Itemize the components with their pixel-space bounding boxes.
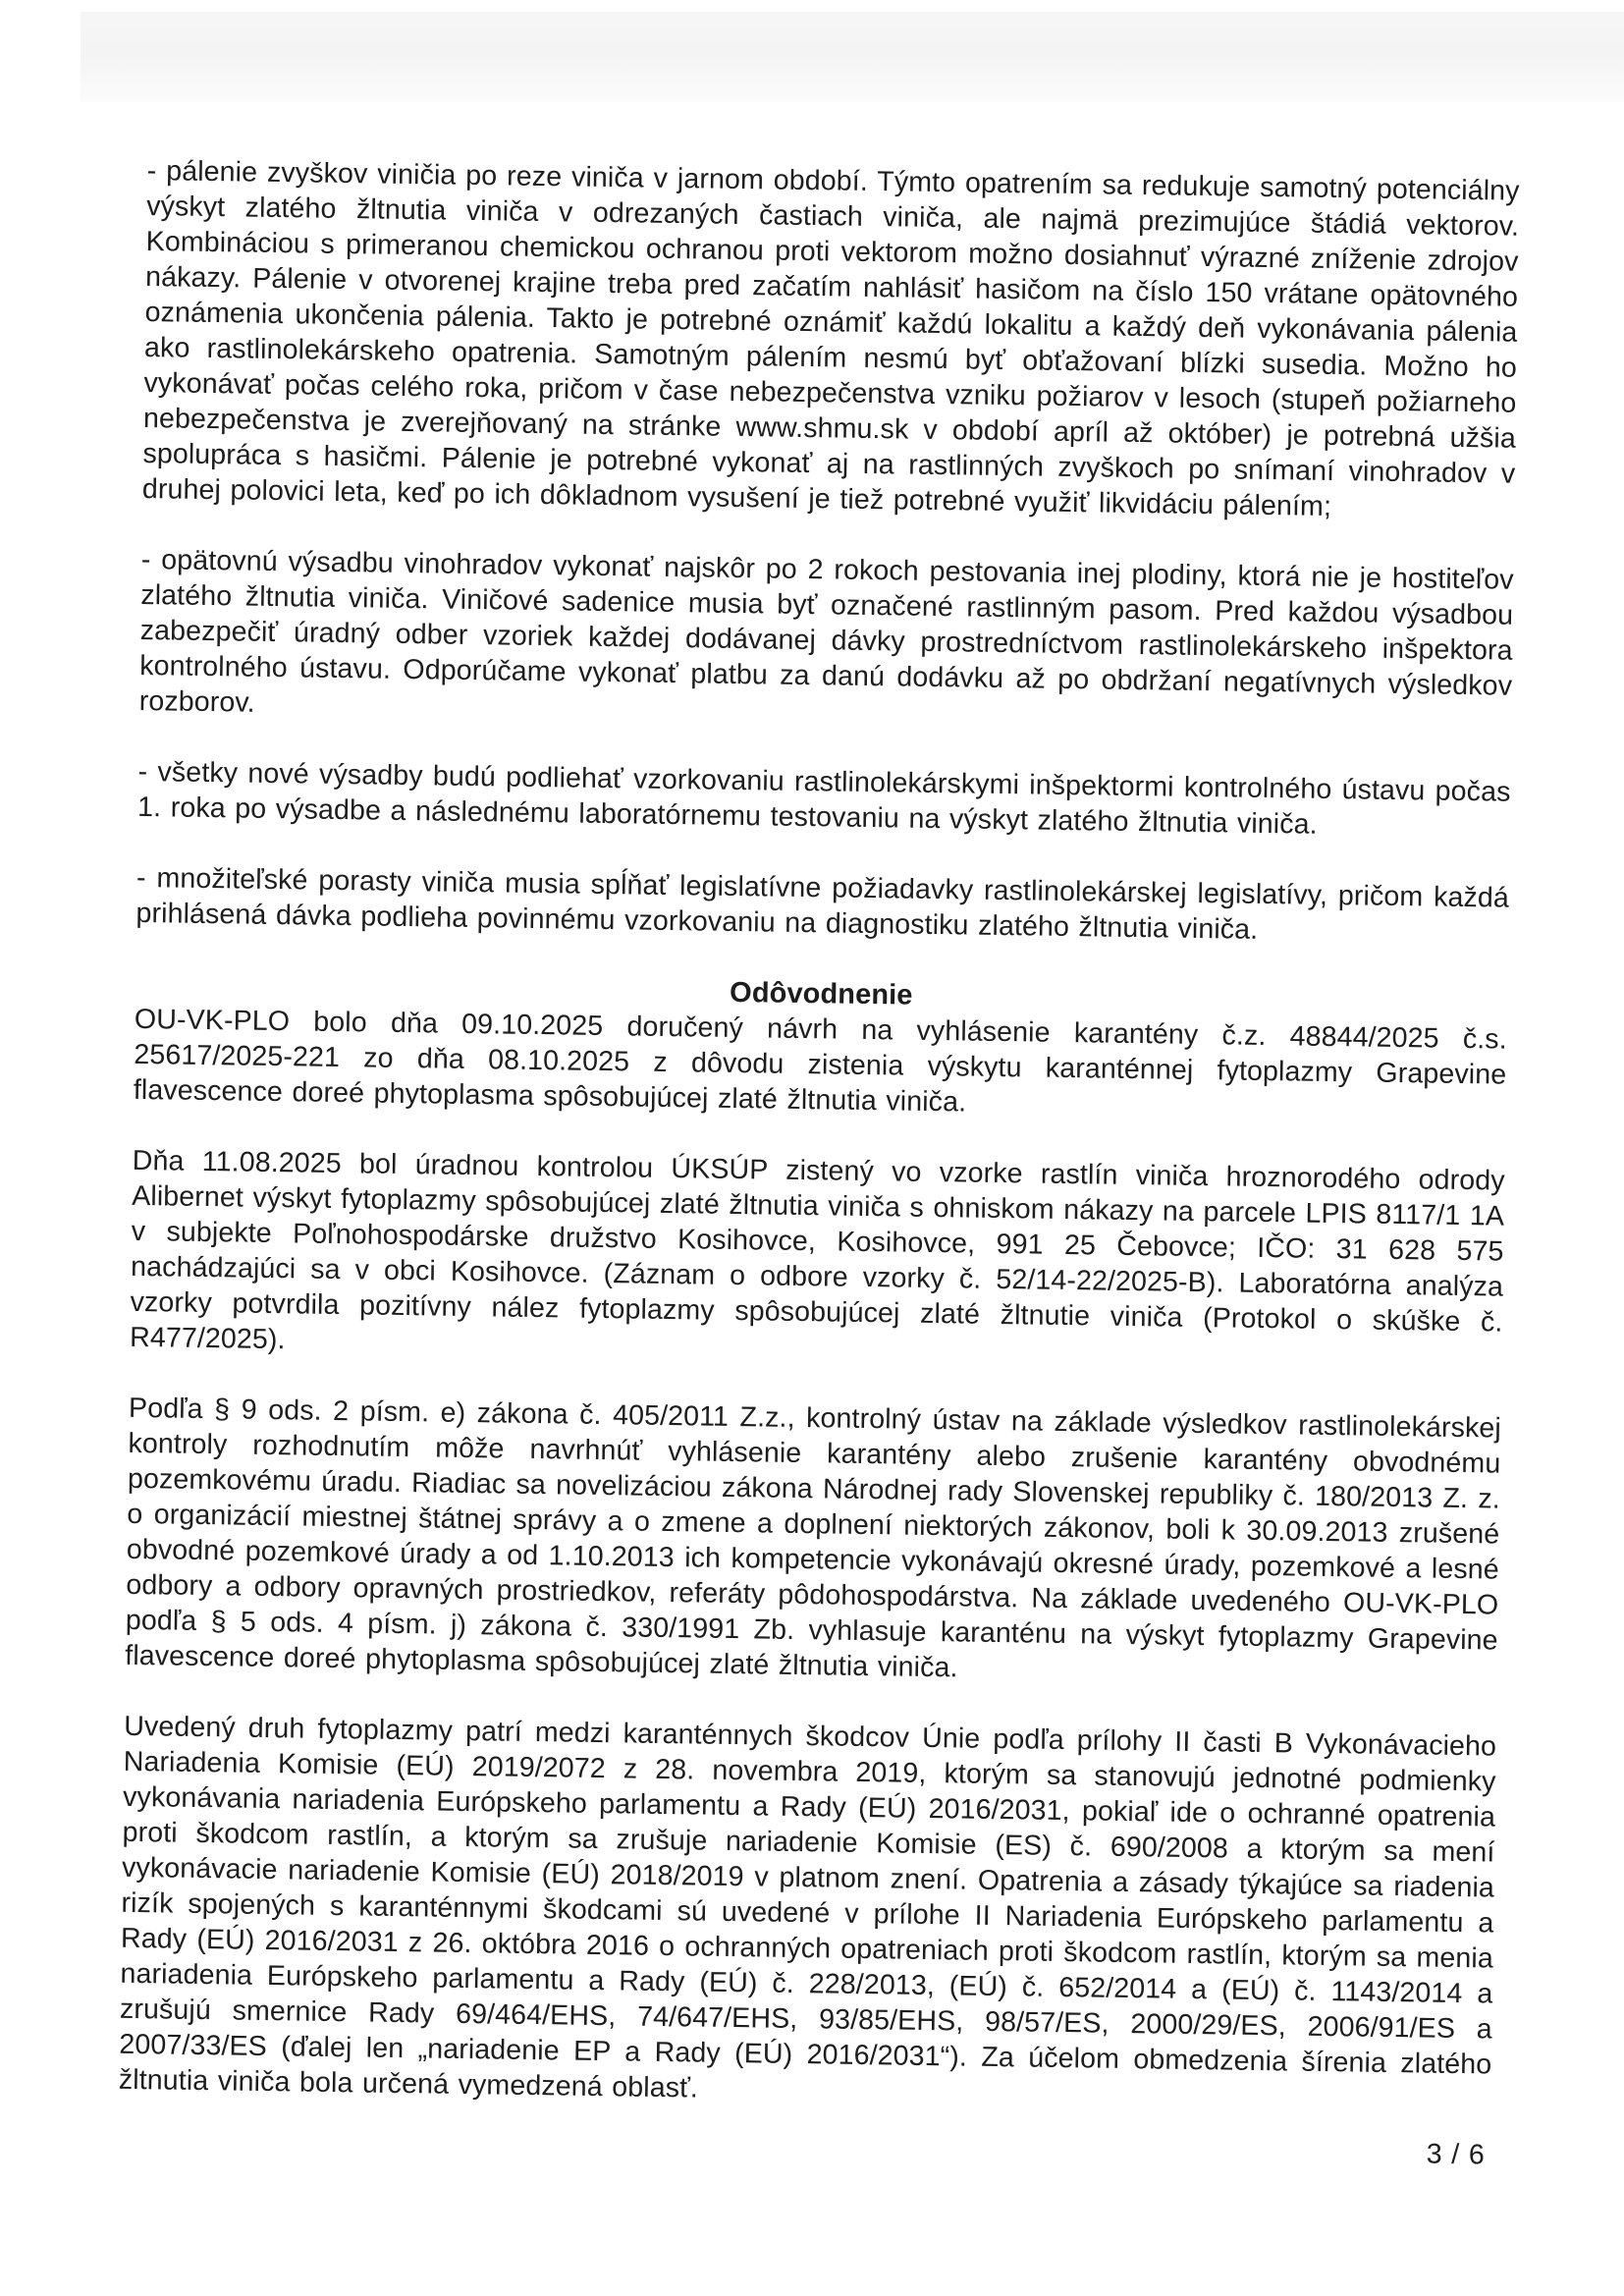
page-number: 3 / 6 [118,2117,1490,2173]
justification-paragraph-eu-regulations: Uvedený druh fytoplazmy patrí medzi kara… [119,1709,1497,2118]
justification-paragraph-proposal: OU-VK-PLO bolo dňa 09.10.2025 doručený n… [134,1002,1507,1128]
document-page: - pálenie zvyškov viničia po reze viniča… [0,0,1624,2296]
measure-paragraph-sampling: - všetky nové výsadby budú podliehať vzo… [137,754,1511,846]
justification-paragraph-legal-basis: Podľa § 9 ods. 2 písm. e) zákona č. 405/… [125,1391,1501,1694]
justification-paragraph-finding: Dňa 11.08.2025 bol úradnou kontrolou ÚKS… [130,1143,1505,1376]
document-content: - pálenie zvyškov viničia po reze viniča… [118,153,1520,2173]
measure-paragraph-propagation: - množiteľské porasty viniča musia spĺňa… [135,860,1509,952]
measure-paragraph-replanting: - opätovnú výsadbu vinohradov vykonať na… [138,542,1514,739]
scan-shading [81,12,1624,102]
measure-paragraph-burning: - pálenie zvyškov viničia po reze viniča… [142,153,1520,527]
